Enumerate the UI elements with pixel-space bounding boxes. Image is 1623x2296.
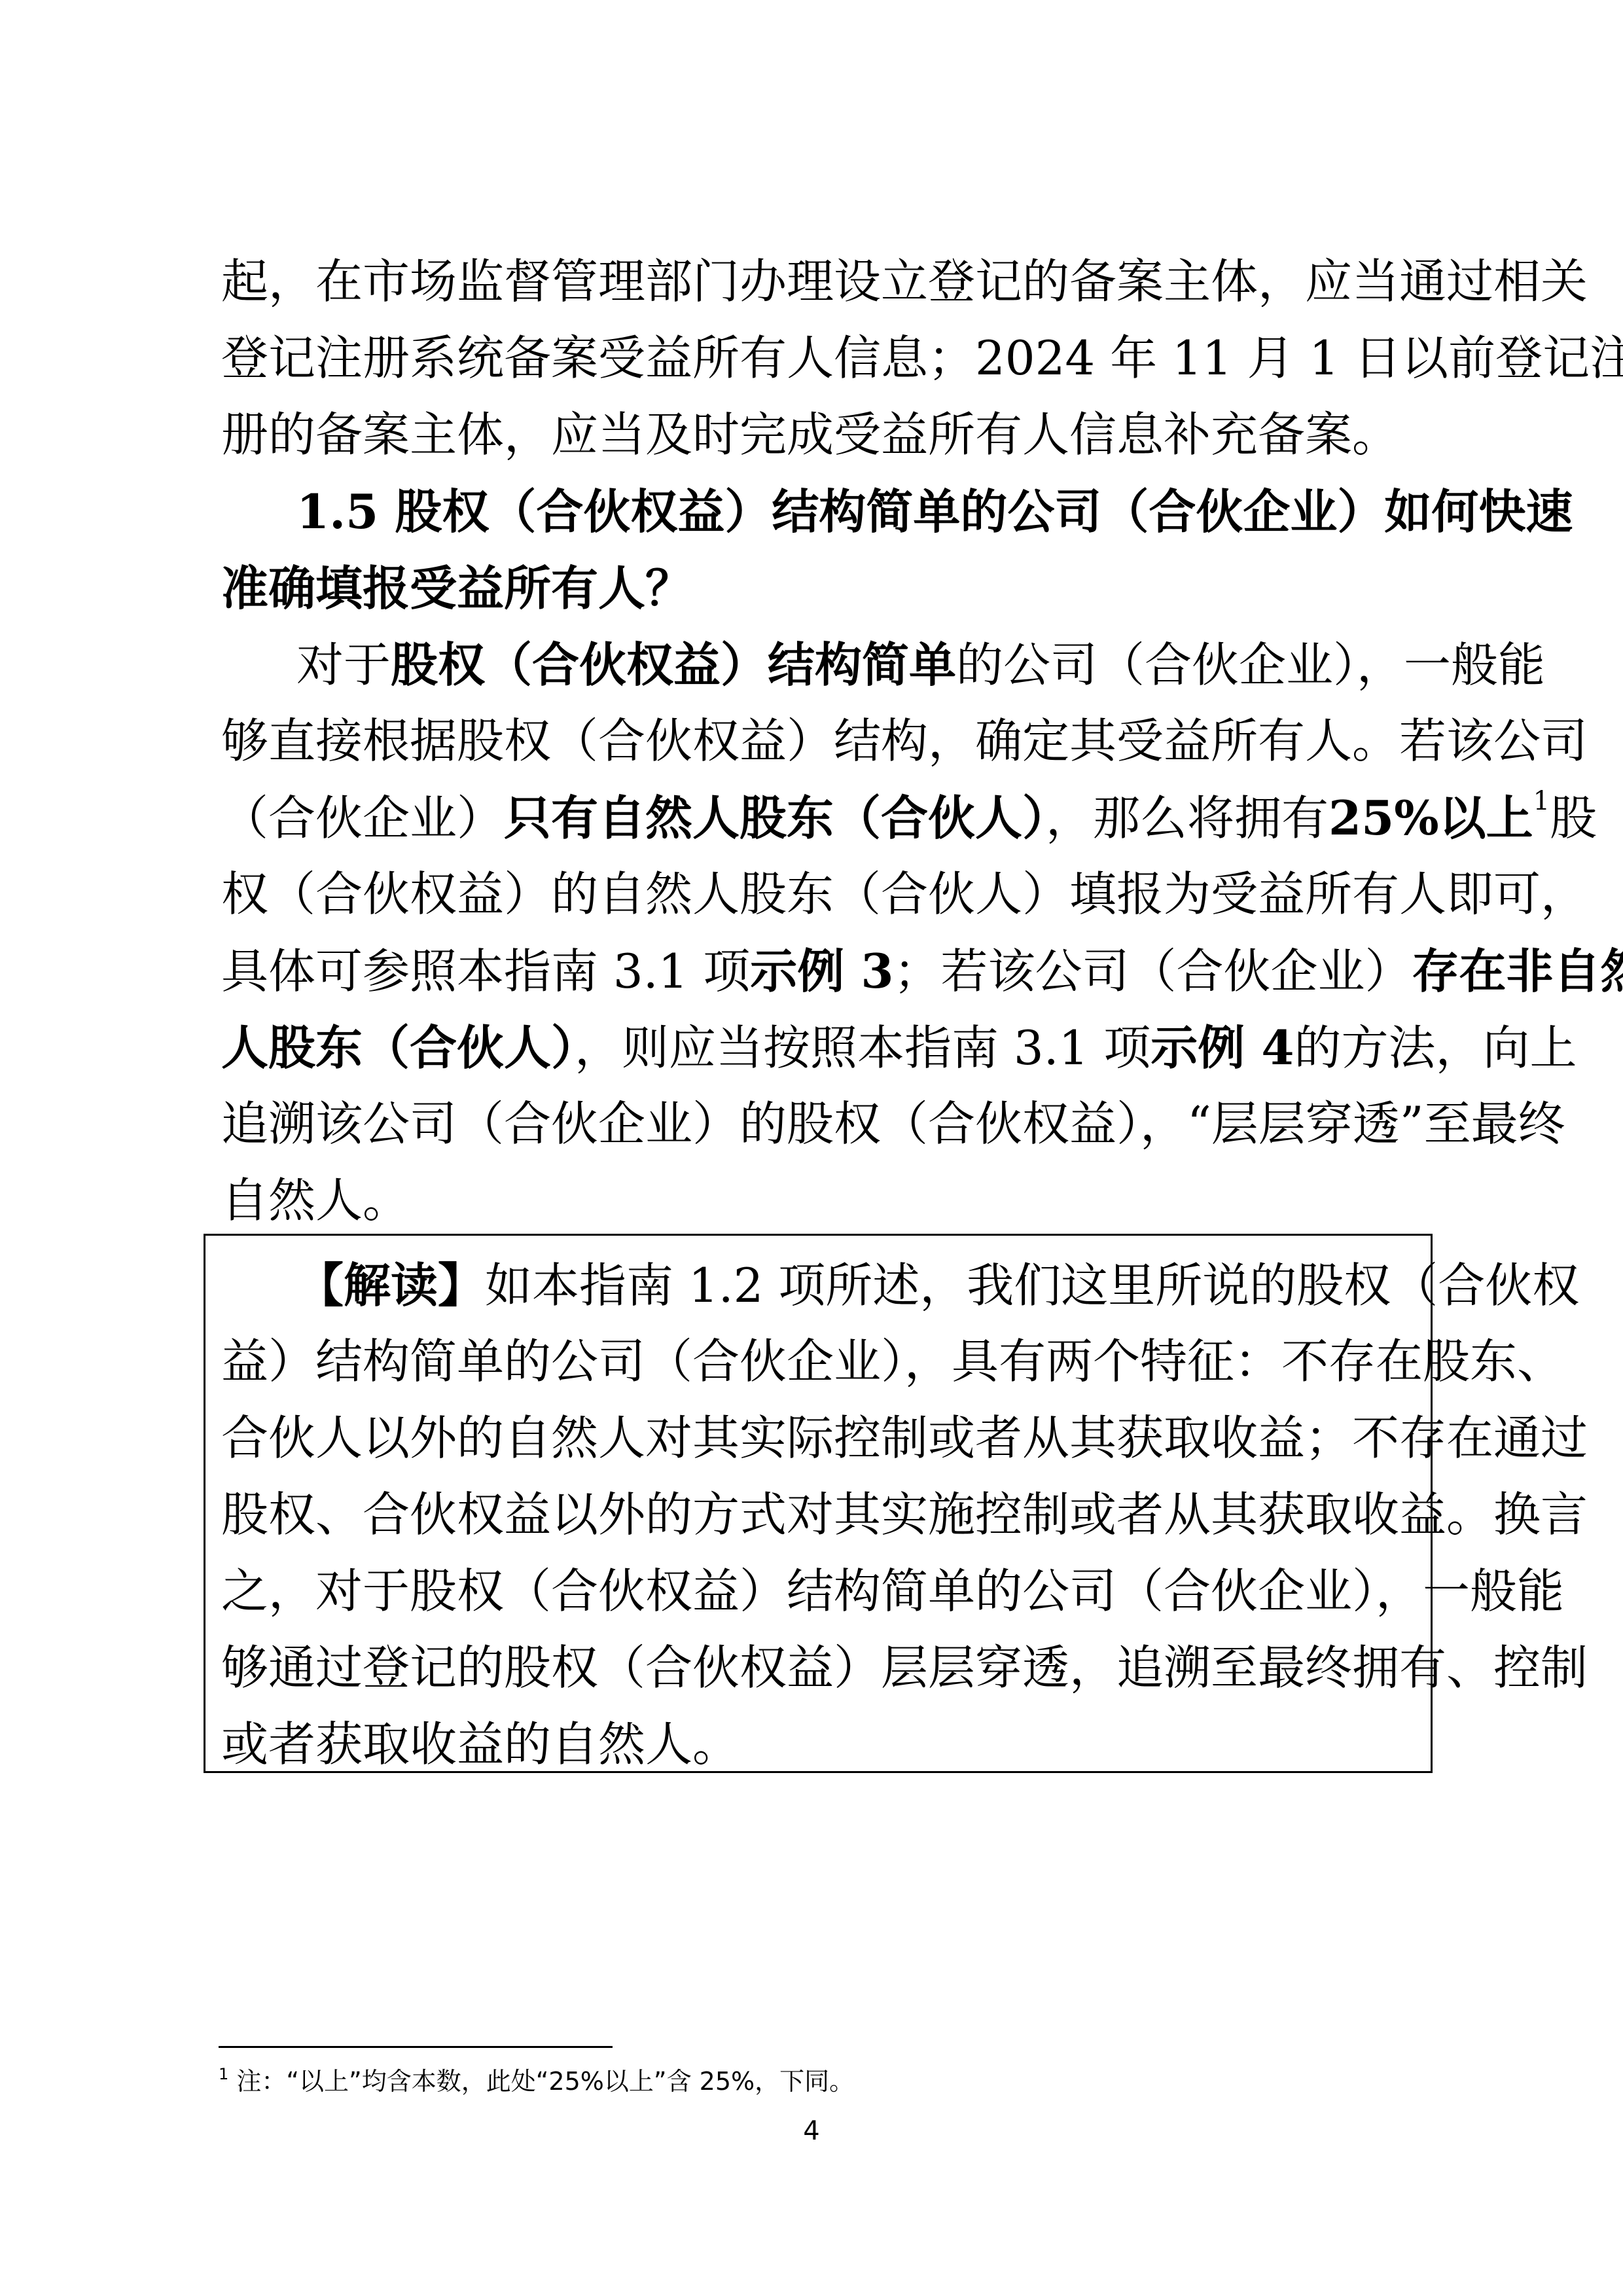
paragraph-line: 权（合伙权益）的自然人股东（合伙人）填报为受益所有人即可， bbox=[221, 856, 1416, 933]
interpretation-line: 股权、合伙权益以外的方式对其实施控制或者从其获取收益。换言 bbox=[221, 1477, 1416, 1553]
paragraph-line: 对于股权（合伙权益）结构简单的公司（合伙企业），一般能 bbox=[296, 626, 1416, 703]
body-text-line: 册的备案主体，应当及时完成受益所有人信息补充备案。 bbox=[221, 397, 1416, 473]
interpretation-label: 【解读】 bbox=[296, 1257, 485, 1313]
text: ；若该公司（合伙企业） bbox=[893, 944, 1412, 999]
footnote-marker: 1 bbox=[219, 2065, 228, 2083]
paragraph-line: 具体可参照本指南 3.1 项示例 3；若该公司（合伙企业）存在非自然 bbox=[221, 933, 1416, 1009]
emphasis-percent: 25%以上 bbox=[1329, 790, 1533, 846]
footnote-text: 注：“以上”均含本数，此处“25%以上”含 25%，下同。 bbox=[228, 2067, 854, 2096]
text: 具体可参照本指南 3.1 项 bbox=[221, 944, 750, 999]
paragraph-line: 追溯该公司（合伙企业）的股权（合伙权益），“层层穿透”至最终 bbox=[221, 1086, 1416, 1162]
paragraph-line: 自然人。 bbox=[221, 1162, 1416, 1239]
text: 的公司（合伙企业），一般能 bbox=[956, 637, 1545, 692]
page-number: 4 bbox=[0, 2113, 1623, 2149]
example-ref: 示例 4 bbox=[1150, 1020, 1294, 1075]
section-heading-cont: 准确填报受益所有人？ bbox=[221, 550, 1416, 626]
text: 股 bbox=[1550, 791, 1597, 846]
text: 对于 bbox=[296, 637, 391, 692]
text: ，则应当按照本指南 3.1 项 bbox=[575, 1020, 1150, 1075]
footnote-separator bbox=[219, 2046, 613, 2048]
document-page: 起，在市场监督管理部门办理设立登记的备案主体，应当通过相关 登记注册系统备案受益… bbox=[0, 0, 1623, 2296]
paragraph-line: （合伙企业）只有自然人股东（合伙人），那么将拥有25%以上1股 bbox=[221, 780, 1416, 856]
emphasis: 只有自然人股东（合伙人） bbox=[504, 790, 1046, 846]
interpretation-line: 或者获取收益的自然人。 bbox=[221, 1706, 1416, 1783]
paragraph-line: 够直接根据股权（合伙权益）结构，确定其受益所有人。若该公司 bbox=[221, 703, 1416, 780]
emphasis: 股权（合伙权益）结构简单 bbox=[391, 637, 956, 692]
text: 如本指南 1.2 项所述，我们这里所说的股权（合伙权 bbox=[485, 1258, 1579, 1313]
interpretation-line: 益）结构简单的公司（合伙企业），具有两个特征：不存在股东、 bbox=[221, 1323, 1416, 1400]
footnote-ref[interactable]: 1 bbox=[1533, 786, 1550, 816]
interpretation-line: 【解读】如本指南 1.2 项所述，我们这里所说的股权（合伙权 bbox=[296, 1247, 1416, 1323]
body-text-line: 起，在市场监督管理部门办理设立登记的备案主体，应当通过相关 bbox=[221, 243, 1416, 320]
section-heading: 1.5 股权（合伙权益）结构简单的公司（合伙企业）如何快速 bbox=[296, 473, 1416, 550]
interpretation-line: 合伙人以外的自然人对其实际控制或者从其获取收益；不存在通过 bbox=[221, 1400, 1416, 1477]
example-ref: 示例 3 bbox=[750, 943, 893, 999]
text: ，那么将拥有 bbox=[1046, 791, 1329, 846]
emphasis: 人股东（合伙人） bbox=[221, 1020, 575, 1075]
body-text-line: 登记注册系统备案受益所有人信息；2024 年 11 月 1 日以前登记注 bbox=[221, 320, 1416, 397]
text: 的方法，向上 bbox=[1294, 1020, 1577, 1075]
paragraph-line: 人股东（合伙人），则应当按照本指南 3.1 项示例 4的方法，向上 bbox=[221, 1009, 1416, 1086]
text: （合伙企业） bbox=[221, 791, 504, 846]
interpretation-line: 之，对于股权（合伙权益）结构简单的公司（合伙企业），一般能 bbox=[221, 1553, 1416, 1630]
footnote: 1 注：“以上”均含本数，此处“25%以上”含 25%，下同。 bbox=[219, 2062, 854, 2101]
interpretation-line: 够通过登记的股权（合伙权益）层层穿透，追溯至最终拥有、控制 bbox=[221, 1630, 1416, 1706]
emphasis: 存在非自然 bbox=[1412, 943, 1623, 999]
